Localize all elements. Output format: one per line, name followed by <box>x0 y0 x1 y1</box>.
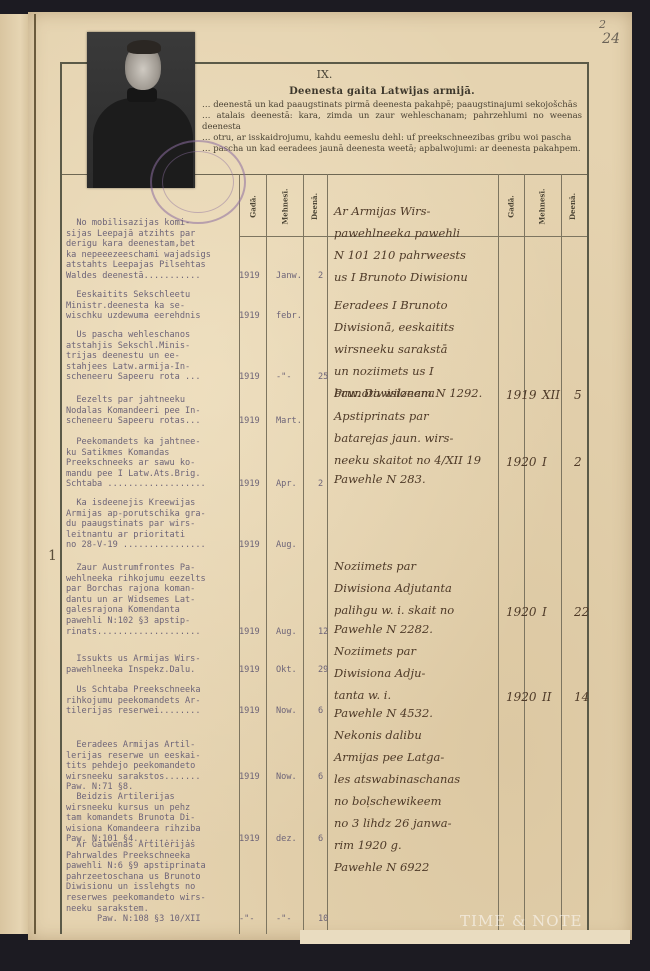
entry-month: Mart. <box>276 416 302 427</box>
intro-line: … otru, ar isskaidrojumu, kahdu eemeslu … <box>202 133 582 144</box>
entry-line: Armijas ap-porutschika gra- <box>66 509 206 520</box>
entry-line: Nodalas Komandeeri pee In- <box>66 406 201 417</box>
entry-line: Pahrwaldes Preekschneeka <box>66 851 206 862</box>
collar <box>127 88 157 102</box>
entry-line: No mobilisazijas komi- <box>66 218 211 229</box>
handwritten-entry: Pawehle N 2282. <box>334 618 499 640</box>
entry-year: 1919 <box>239 271 260 282</box>
entry-line: tam komandets Brunota Di- <box>66 813 201 824</box>
entry-line: tits pehdejo peekomandeto <box>66 761 201 772</box>
entry-year: 1919 <box>239 372 260 383</box>
intro-line: … pascha un kad eeradees jaunā deenesta … <box>202 144 582 155</box>
entry-line: galesrajona Komendanta <box>66 605 206 616</box>
column-header-day-right: Deenā. <box>560 182 586 230</box>
entry-line: Paw. N:108 §3 10/XII <box>66 914 206 925</box>
column-divider <box>303 174 304 934</box>
entry-year: 1920 <box>506 601 537 623</box>
entry-month: Apr. <box>276 479 297 490</box>
entry-line: Us Schtaba Preekschneeka <box>66 685 201 696</box>
column-header-label: Deenā. <box>569 192 578 219</box>
entry-line: Issukts us Armijas Wirs- <box>66 654 201 665</box>
entry-line: scheneeru Sapeeru rota ... <box>66 372 201 383</box>
entry-month: I <box>542 601 547 623</box>
entry-day: 5 <box>574 384 582 406</box>
entry-line: no boļschewikeem <box>334 790 499 812</box>
entry-line: reserwes peekomandeto wirs- <box>66 893 206 904</box>
entry-line: lerijas reserwe un eeskai- <box>66 751 201 762</box>
entry-year: 1919 <box>239 540 260 551</box>
entry-line: pawehli N:6 §9 apstiprinata <box>66 861 206 872</box>
entry-day: 2 <box>318 271 323 282</box>
page-number: 2 24 <box>599 18 620 46</box>
official-stamp <box>150 140 246 224</box>
entry-line: atstahts Leepajas Pilsehtas <box>66 260 211 271</box>
column-header-label: Mehnesī. <box>281 188 290 224</box>
entry-line: Noziimets par <box>334 640 499 662</box>
watermark: TIME & NOTE <box>460 912 583 930</box>
typed-entry: Zaur Austrumfrontes Pa-wehlneeka rihkoju… <box>66 563 206 637</box>
entry-line: Zaur Austrumfrontes Pa- <box>66 563 206 574</box>
entry-month: Now. <box>276 772 297 783</box>
typed-entry: Issukts us Armijas Wirs-pawehlneeka Insp… <box>66 654 201 675</box>
entry-line: Ar Galwenas Artilerijas <box>66 840 206 851</box>
entry-line: par Borchas rajona koman- <box>66 584 206 595</box>
handwritten-entry: Apstiprinats parbatarejas jaun. wirs-nee… <box>334 405 499 471</box>
binding-spine <box>34 14 36 934</box>
entry-line: les atswabinaschanas <box>334 768 499 790</box>
entry-month: febr. <box>276 311 302 322</box>
entry-month: -"- <box>276 914 292 925</box>
entry-line: mandu pee I Latw.Ats.Brig. <box>66 469 206 480</box>
entry-line: Pawehle N 283. <box>334 468 499 490</box>
entry-month: -"- <box>276 372 292 383</box>
typed-entry: Us pascha wehleschanosatstahjis Sekschl.… <box>66 330 201 383</box>
entry-line: Waldes deenestā........... <box>66 271 211 282</box>
margin-mark: 1 <box>48 548 57 564</box>
page-number-top: 2 <box>599 18 606 32</box>
entry-day: 6 <box>318 772 323 783</box>
typed-entry: Eeskaitits SekschleetuMinistr.deenesta k… <box>66 290 201 322</box>
entry-line: Diwisiona Adju- <box>334 662 499 684</box>
entry-month: Now. <box>276 706 297 717</box>
entry-line: Pawehle N 4532. <box>334 702 499 724</box>
entry-line: ku Satikmes Komandas <box>66 448 206 459</box>
entry-line: Eeradees Armijas Artil- <box>66 740 201 751</box>
entry-line: wisiona Komandeera rihziba <box>66 824 201 835</box>
column-header-label: Gadā. <box>506 195 515 217</box>
entry-year: 1919 <box>506 384 537 406</box>
hair <box>127 40 161 54</box>
entry-line: Diwisiona Adjutanta <box>334 577 499 599</box>
entry-year: 1919 <box>239 772 260 783</box>
entry-line: wirsneeku sarakstā <box>334 338 499 360</box>
column-header-month-right: Mehnesī. <box>529 182 555 230</box>
entry-line: Ar Armijas Wirs- <box>334 200 499 222</box>
entry-line: Pawehle N 6922 <box>334 856 499 878</box>
entry-line: sijas Leepajā atzihts par <box>66 229 211 240</box>
entry-day: 14 <box>574 686 589 708</box>
entry-line: wirsneeku kursus un pehz <box>66 803 201 814</box>
column-header-day: Deenā. <box>302 182 328 230</box>
handwritten-entry: Pawehle N 283. <box>334 468 499 490</box>
entry-line: ka nepeeezeeschami wajadsigs <box>66 250 211 261</box>
entry-line: Nekonis dalibu <box>334 724 499 746</box>
entry-line: Eeradees I Brunoto <box>334 294 499 316</box>
entry-month: Janw. <box>276 271 302 282</box>
entry-line: wehlneeka rihkojumu eezelts <box>66 574 206 585</box>
entry-day: 2 <box>318 479 323 490</box>
entry-line: Us pascha wehleschanos <box>66 330 201 341</box>
entry-year: 1919 <box>239 416 260 427</box>
intro-line: … atalais deenestā: kara, zimda un zaur … <box>202 111 582 133</box>
entry-month: XII <box>542 384 560 406</box>
entry-line: scheneeru Sapeeru rotas... <box>66 416 201 427</box>
handwritten-entry: Noziimets parDiwisiona Adju-tanta w. i.1… <box>334 640 499 706</box>
column-divider <box>524 174 525 934</box>
entry-month: II <box>542 686 551 708</box>
entry-year: 1919 <box>239 706 260 717</box>
entry-line: batarejas jaun. wirs- <box>334 427 499 449</box>
entry-day: 6 <box>318 706 323 717</box>
entry-line: rihkojumu peekomandets Ar- <box>66 696 201 707</box>
typed-entry: Ka isdeenejis KreewijasArmijas ap-poruts… <box>66 498 206 551</box>
entry-line: dantu un ar Widsemes Lat- <box>66 595 206 606</box>
entry-line: Ministr.deenesta ka se- <box>66 301 201 312</box>
paper-strip <box>300 930 630 944</box>
entry-day: 29 <box>318 665 328 676</box>
handwritten-entry: Ar Armijas Wirs-pawehlneeka pawehliN 101… <box>334 200 499 288</box>
typed-entry: Beidzis Artilerijaswirsneeku kursus un p… <box>66 792 201 845</box>
entry-line: stahjees Latw.armija-In- <box>66 362 201 373</box>
entry-month: Aug. <box>276 540 297 551</box>
entry-month: Okt. <box>276 665 297 676</box>
entry-line: Peekomandets ka jahtnee- <box>66 437 206 448</box>
entry-line: Preekschneeks ar sawu ko- <box>66 458 206 469</box>
entry-line: Pawehle N 2282. <box>334 618 499 640</box>
entry-line: rim 1920 g. <box>334 834 499 856</box>
column-divider <box>239 174 240 934</box>
entry-line: Eezelts par jahtneeku <box>66 395 201 406</box>
entry-line: Noziimets par <box>334 555 499 577</box>
entry-line: wirsneeku sarakstos....... <box>66 772 201 783</box>
entry-year: 1919 <box>239 311 260 322</box>
entry-year: 1919 <box>239 665 260 676</box>
entry-day: 10 <box>318 914 328 925</box>
column-header-year-right: Gadā. <box>498 182 524 230</box>
entry-day: 2 <box>574 451 582 473</box>
entry-line: neeku sarakstem. <box>66 904 206 915</box>
entry-line: Apstiprinats par <box>334 405 499 427</box>
column-header-label: Deenā. <box>311 192 320 219</box>
entry-line: Schtaba ................... <box>66 479 206 490</box>
entry-line: no 3 lihdz 26 janwa- <box>334 812 499 834</box>
page-number-main: 24 <box>602 31 620 47</box>
column-divider <box>266 174 267 934</box>
entry-month: dez. <box>276 834 297 845</box>
entry-line: atstahjis Sekschl.Minis- <box>66 341 201 352</box>
entry-year: 1920 <box>506 451 537 473</box>
entry-year: 1919 <box>239 834 260 845</box>
entry-line: Beidzis Artilerijas <box>66 792 201 803</box>
typed-entry: Ar Galwenas ArtilerijasPahrwaldes Preeks… <box>66 840 206 925</box>
entry-line: Diwisionā, eeskaitits <box>334 316 499 338</box>
entry-line: pawehli N:102 §3 apstip- <box>66 616 206 627</box>
column-divider <box>561 174 562 934</box>
entry-line: Armijas pee Latga- <box>334 746 499 768</box>
entry-line: trijas deenestu un ee- <box>66 351 201 362</box>
entry-day: 6 <box>318 834 323 845</box>
column-header-label: Gadā. <box>248 195 257 217</box>
entry-day: 25 <box>318 372 328 383</box>
entry-line: pawehlneeka pawehli <box>334 222 499 244</box>
entry-line: rinats.................... <box>66 627 206 638</box>
entry-line: un noziimets us I <box>334 360 499 382</box>
typed-entry: No mobilisazijas komi-sijas Leepajā atzi… <box>66 218 211 282</box>
column-header-month: Mehnesī. <box>272 182 298 230</box>
entry-line: Eeskaitits Sekschleetu <box>66 290 201 301</box>
entry-line: N 101 210 pahrweests <box>334 244 499 266</box>
typed-entry: Eeradees Armijas Artil-lerijas reserwe u… <box>66 740 201 793</box>
entry-line: wischku uzdewuma eerehdnis <box>66 311 201 322</box>
typed-entry: Peekomandets ka jahtnee-ku Satikmes Koma… <box>66 437 206 490</box>
entry-year: 1920 <box>506 686 537 708</box>
entry-day: 22 <box>574 601 589 623</box>
column-divider <box>327 174 328 934</box>
entry-year: -"- <box>239 914 255 925</box>
typed-entry: Eezelts par jahtneekuNodalas Komandeeri … <box>66 395 201 427</box>
entry-line: Diwisionu un isslehgts no <box>66 882 206 893</box>
handwritten-entry: Paw. Diwisionam N 1292. <box>334 382 499 404</box>
entry-line: Paw. Diwisionam N 1292. <box>334 382 499 404</box>
entry-line: du paaugstinats par wirs- <box>66 519 206 530</box>
entry-line: tilerijas reserwei........ <box>66 706 201 717</box>
entry-line: us I Brunoto Diwisionu <box>334 266 499 288</box>
handwritten-entry: Noziimets parDiwisiona Adjutantapalihgu … <box>334 555 499 621</box>
entry-line: leitnantu ar prioritati <box>66 530 206 541</box>
typed-entry: Us Schtaba Preekschneekarihkojumu peekom… <box>66 685 201 717</box>
entry-line: Ka isdeenejis Kreewijas <box>66 498 206 509</box>
entry-year: 1919 <box>239 627 260 638</box>
entry-month: I <box>542 451 547 473</box>
entry-line: pawehlneeka Inspekz.Dalu. <box>66 665 201 676</box>
entry-month: Aug. <box>276 627 297 638</box>
handwritten-entry: Pawehle N 4532.Nekonis dalibuArmijas pee… <box>334 702 499 878</box>
intro-line: … deenestā un kad paaugstinats pirmā dee… <box>202 100 582 111</box>
column-header-label: Mehnesī. <box>538 188 547 224</box>
entry-line: no 28-V-19 ................ <box>66 540 206 551</box>
entry-line: pahrzeetoschana us Brunoto <box>66 872 206 883</box>
entry-line: derigu kara deenestam,bet <box>66 239 211 250</box>
section-intro: … deenestā un kad paaugstinats pirmā dee… <box>202 100 582 155</box>
section-title: Deenesta gaita Latwijas armijā. <box>182 86 582 97</box>
entry-day: 12 <box>318 627 328 638</box>
entry-year: 1919 <box>239 479 260 490</box>
